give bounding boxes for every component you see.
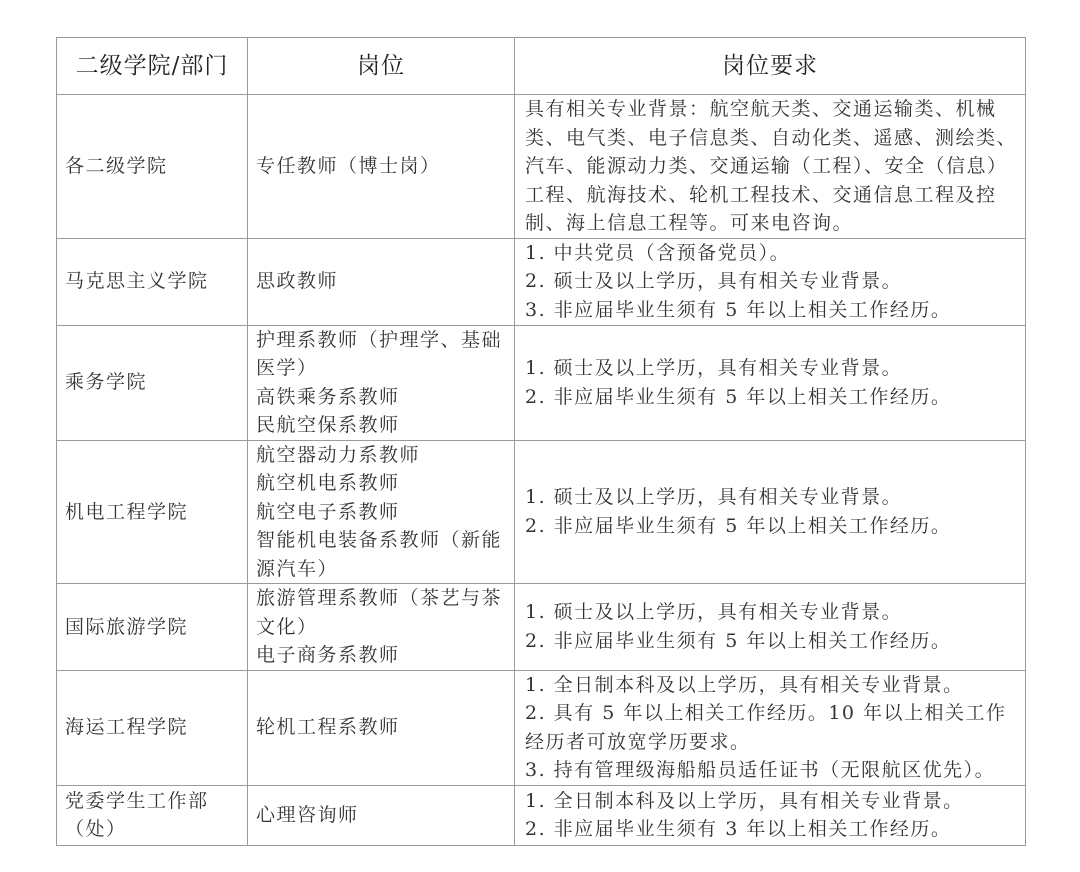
recruitment-table: 二级学院/部门 岗位 岗位要求 各二级学院专任教师（博士岗）具有相关专业背景：航… bbox=[56, 37, 1026, 846]
position-cell: 专任教师（博士岗） bbox=[248, 95, 515, 239]
position-item: 航空机电系教师 bbox=[256, 469, 506, 498]
table-row: 党委学生工作部（处）心理咨询师1. 全日制本科及以上学历，具有相关专业背景。2.… bbox=[57, 785, 1026, 845]
table-row: 国际旅游学院旅游管理系教师（茶艺与茶文化）电子商务系教师1. 硕士及以上学历，具… bbox=[57, 584, 1026, 671]
position-cell: 护理系教师（护理学、基础医学）高铁乘务系教师民航空保系教师 bbox=[248, 325, 515, 440]
department-cell: 乘务学院 bbox=[57, 325, 248, 440]
position-item: 轮机工程系教师 bbox=[256, 713, 506, 742]
requirement-item: 2. 非应届毕业生须有 3 年以上相关工作经历。 bbox=[525, 815, 1017, 844]
department-cell: 马克思主义学院 bbox=[57, 238, 248, 325]
requirements-cell: 1. 硕士及以上学历，具有相关专业背景。2. 非应届毕业生须有 5 年以上相关工… bbox=[515, 325, 1026, 440]
requirement-item: 1. 全日制本科及以上学历，具有相关专业背景。 bbox=[525, 671, 1017, 700]
position-cell: 轮机工程系教师 bbox=[248, 670, 515, 785]
requirements-cell: 1. 硕士及以上学历，具有相关专业背景。2. 非应届毕业生须有 5 年以上相关工… bbox=[515, 584, 1026, 671]
position-item: 航空器动力系教师 bbox=[256, 441, 506, 470]
position-item: 民航空保系教师 bbox=[256, 411, 506, 440]
department-cell: 海运工程学院 bbox=[57, 670, 248, 785]
department-cell: 各二级学院 bbox=[57, 95, 248, 239]
requirements-cell: 1. 全日制本科及以上学历，具有相关专业背景。2. 非应届毕业生须有 3 年以上… bbox=[515, 785, 1026, 845]
requirement-item: 3. 持有管理级海船船员适任证书（无限航区优先）。 bbox=[525, 756, 1017, 785]
requirement-item: 1. 硕士及以上学历，具有相关专业背景。 bbox=[525, 354, 1017, 383]
position-item: 高铁乘务系教师 bbox=[256, 383, 506, 412]
header-row: 二级学院/部门 岗位 岗位要求 bbox=[57, 38, 1026, 95]
table-row: 各二级学院专任教师（博士岗）具有相关专业背景：航空航天类、交通运输类、机械类、电… bbox=[57, 95, 1026, 239]
department-cell: 国际旅游学院 bbox=[57, 584, 248, 671]
position-item: 心理咨询师 bbox=[256, 801, 506, 830]
position-item: 智能机电装备系教师（新能源汽车） bbox=[256, 526, 506, 583]
requirement-item: 2. 非应届毕业生须有 5 年以上相关工作经历。 bbox=[525, 627, 1017, 656]
table-row: 马克思主义学院思政教师1. 中共党员（含预备党员）。2. 硕士及以上学历，具有相… bbox=[57, 238, 1026, 325]
position-cell: 航空器动力系教师航空机电系教师航空电子系教师智能机电装备系教师（新能源汽车） bbox=[248, 440, 515, 584]
header-position: 岗位 bbox=[248, 38, 515, 95]
position-item: 护理系教师（护理学、基础医学） bbox=[256, 326, 506, 383]
requirements-cell: 1. 中共党员（含预备党员）。2. 硕士及以上学历，具有相关专业背景。3. 非应… bbox=[515, 238, 1026, 325]
department-cell: 党委学生工作部（处） bbox=[57, 785, 248, 845]
requirement-item: 具有相关专业背景：航空航天类、交通运输类、机械类、电气类、电子信息类、自动化类、… bbox=[525, 95, 1017, 238]
department-cell: 机电工程学院 bbox=[57, 440, 248, 584]
table-row: 机电工程学院航空器动力系教师航空机电系教师航空电子系教师智能机电装备系教师（新能… bbox=[57, 440, 1026, 584]
position-cell: 心理咨询师 bbox=[248, 785, 515, 845]
position-item: 航空电子系教师 bbox=[256, 498, 506, 527]
requirements-cell: 1. 全日制本科及以上学历，具有相关专业背景。2. 具有 5 年以上相关工作经历… bbox=[515, 670, 1026, 785]
position-cell: 思政教师 bbox=[248, 238, 515, 325]
position-item: 旅游管理系教师（茶艺与茶文化） bbox=[256, 584, 506, 641]
table-row: 乘务学院护理系教师（护理学、基础医学）高铁乘务系教师民航空保系教师1. 硕士及以… bbox=[57, 325, 1026, 440]
requirement-item: 2. 具有 5 年以上相关工作经历。10 年以上相关工作经历者可放宽学历要求。 bbox=[525, 699, 1017, 756]
header-department: 二级学院/部门 bbox=[57, 38, 248, 95]
requirement-item: 1. 硕士及以上学历，具有相关专业背景。 bbox=[525, 483, 1017, 512]
requirement-item: 1. 全日制本科及以上学历，具有相关专业背景。 bbox=[525, 787, 1017, 816]
position-item: 思政教师 bbox=[256, 267, 506, 296]
table-row: 海运工程学院轮机工程系教师1. 全日制本科及以上学历，具有相关专业背景。2. 具… bbox=[57, 670, 1026, 785]
requirements-cell: 具有相关专业背景：航空航天类、交通运输类、机械类、电气类、电子信息类、自动化类、… bbox=[515, 95, 1026, 239]
position-item: 专任教师（博士岗） bbox=[256, 152, 506, 181]
requirement-item: 1. 硕士及以上学历，具有相关专业背景。 bbox=[525, 598, 1017, 627]
requirement-item: 1. 中共党员（含预备党员）。 bbox=[525, 239, 1017, 268]
position-item: 电子商务系教师 bbox=[256, 641, 506, 670]
requirements-cell: 1. 硕士及以上学历，具有相关专业背景。2. 非应届毕业生须有 5 年以上相关工… bbox=[515, 440, 1026, 584]
requirement-item: 2. 非应届毕业生须有 5 年以上相关工作经历。 bbox=[525, 512, 1017, 541]
header-requirements: 岗位要求 bbox=[515, 38, 1026, 95]
position-cell: 旅游管理系教师（茶艺与茶文化）电子商务系教师 bbox=[248, 584, 515, 671]
requirement-item: 2. 硕士及以上学历，具有相关专业背景。 bbox=[525, 267, 1017, 296]
requirement-item: 2. 非应届毕业生须有 5 年以上相关工作经历。 bbox=[525, 383, 1017, 412]
requirement-item: 3. 非应届毕业生须有 5 年以上相关工作经历。 bbox=[525, 296, 1017, 325]
